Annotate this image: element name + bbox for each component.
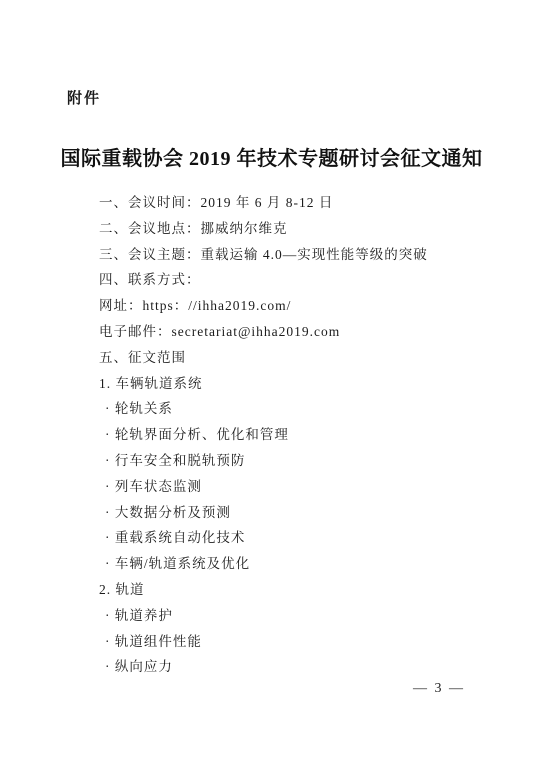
- line-website-url: 网址：https：//ihha2019.com/: [99, 293, 523, 319]
- bullet-vehicle-track-optimization: · 车辆/轨道系统及优化: [99, 551, 523, 577]
- line-email-address: 电子邮件：secretariat@ihha2019.com: [99, 319, 523, 345]
- bullet-train-condition-monitoring: · 列车状态监测: [99, 474, 523, 500]
- line-meeting-location: 二、会议地点：挪威纳尔维克: [99, 216, 523, 242]
- page-number: — 3 —: [413, 681, 465, 697]
- attachment-label: 附件: [67, 87, 101, 108]
- document-page: 附件 国际重载协会 2019 年技术专题研讨会征文通知 一、会议时间：2019 …: [0, 0, 543, 768]
- page-title: 国际重载协会 2019 年技术专题研讨会征文通知: [0, 142, 543, 171]
- bullet-big-data-analysis: · 大数据分析及预测: [99, 500, 523, 526]
- document-body: 一、会议时间：2019 年 6 月 8-12 日 二、会议地点：挪威纳尔维克 三…: [99, 190, 523, 680]
- bullet-safety-derailment-prevention: · 行车安全和脱轨预防: [99, 448, 523, 474]
- line-meeting-time: 一、会议时间：2019 年 6 月 8-12 日: [99, 190, 523, 216]
- bullet-wheel-rail-interface: · 轮轨界面分析、优化和管理: [99, 422, 523, 448]
- line-scope-heading: 五、征文范围: [99, 345, 523, 371]
- bullet-wheel-rail-relationship: · 轮轨关系: [99, 396, 523, 422]
- line-section-track: 2. 轨道: [99, 577, 523, 603]
- bullet-heavy-haul-automation: · 重载系统自动化技术: [99, 525, 523, 551]
- bullet-longitudinal-stress: · 纵向应力: [99, 654, 523, 680]
- line-section-vehicle-track: 1. 车辆轨道系统: [99, 371, 523, 397]
- bullet-track-component-performance: · 轨道组件性能: [99, 629, 523, 655]
- bullet-track-maintenance: · 轨道养护: [99, 603, 523, 629]
- line-meeting-theme: 三、会议主题：重载运输 4.0—实现性能等级的突破: [99, 242, 523, 268]
- line-contact-heading: 四、联系方式：: [99, 267, 523, 293]
